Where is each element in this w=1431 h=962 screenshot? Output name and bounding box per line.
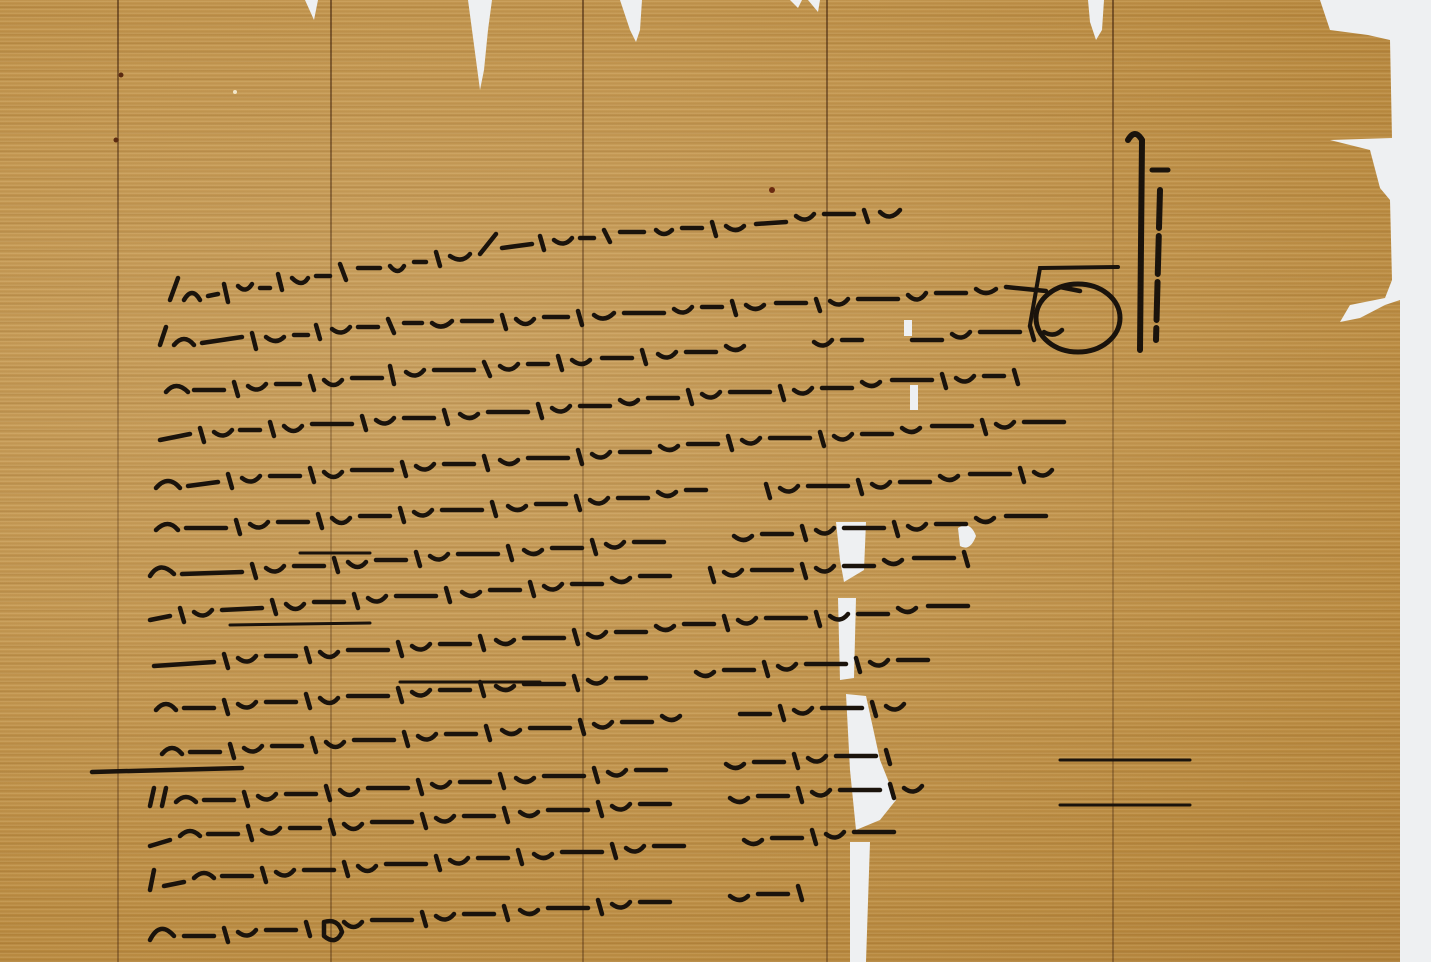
text-line: [150, 784, 922, 846]
hole: [836, 522, 866, 582]
underline-stroke: [230, 623, 370, 625]
hole: [838, 598, 856, 680]
hole: [850, 842, 870, 962]
hole: [904, 320, 912, 336]
text-line: [150, 830, 894, 890]
stain-spot: [769, 187, 775, 193]
script-text-block: [92, 210, 1190, 942]
top-tear: [790, 0, 802, 8]
text-line: [160, 370, 1018, 442]
papyrus-photo: Ancient Egyptian papyrus fragment with c…: [0, 0, 1431, 962]
stain-spot: [119, 73, 124, 78]
text-line: [156, 658, 928, 714]
text-line: [150, 886, 802, 942]
top-tear: [468, 0, 492, 90]
hole: [958, 525, 976, 547]
stain-spot: [233, 90, 237, 94]
text-line: [150, 516, 1046, 578]
stain-spot: [114, 138, 119, 143]
top-tear: [808, 0, 820, 12]
text-line: [170, 210, 900, 302]
top-tear: [305, 0, 318, 20]
top-tear: [620, 0, 642, 42]
papyrus-damage-and-ink: [0, 0, 1431, 962]
top-tear: [1088, 0, 1104, 40]
torn-right-edge: [1320, 0, 1431, 962]
title-glyph: [1030, 134, 1168, 352]
hole: [910, 385, 918, 410]
